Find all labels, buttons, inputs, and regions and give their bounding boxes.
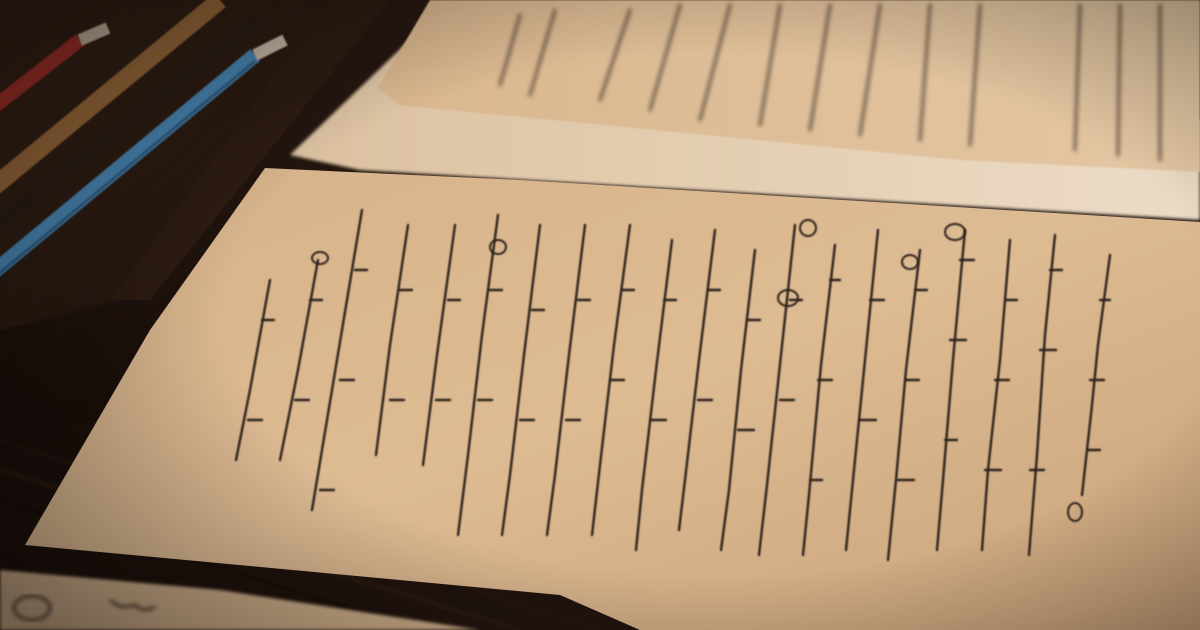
vignette-overlay <box>0 0 1200 630</box>
manuscript-photo: Aged parchment manuscript pages with ver… <box>0 0 1200 630</box>
